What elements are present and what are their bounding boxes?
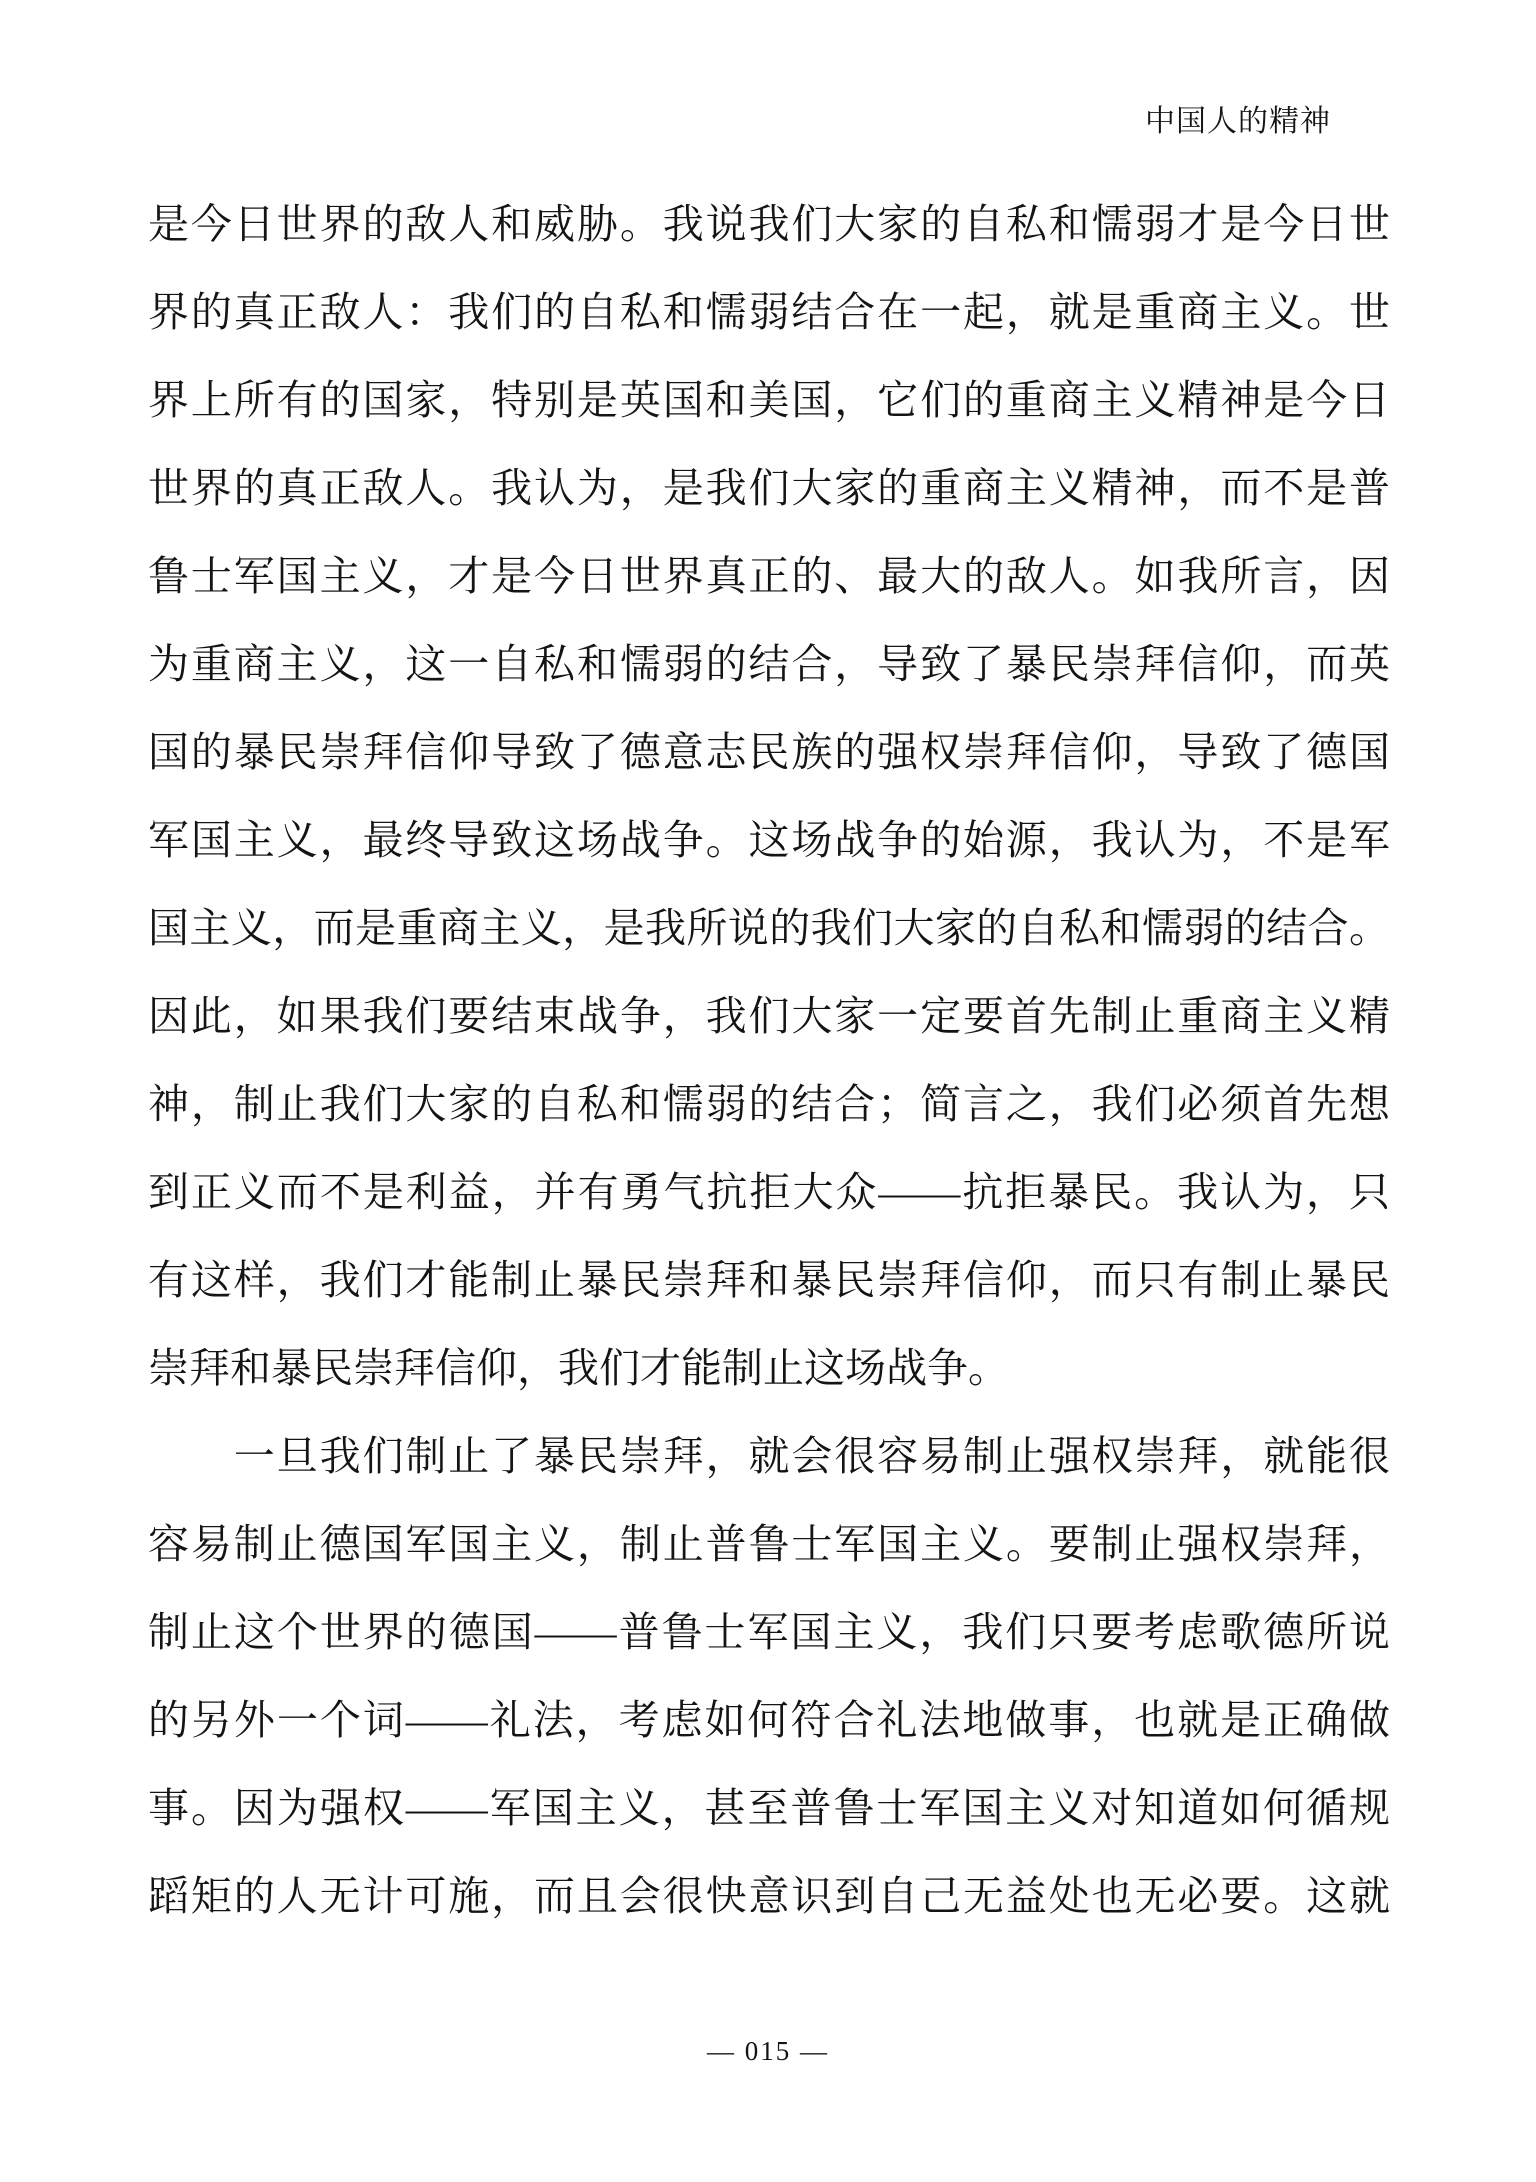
text-line: 界上所有的国家，特别是英国和美国，它们的重商主义精神是今日 bbox=[148, 356, 1390, 444]
text-line: 鲁士军国主义，才是今日世界真正的、最大的敌人。如我所言，因 bbox=[148, 532, 1390, 620]
text-line: 一旦我们制止了暴民崇拜，就会很容易制止强权崇拜，就能很 bbox=[148, 1412, 1390, 1500]
text-line: 国的暴民崇拜信仰导致了德意志民族的强权崇拜信仰，导致了德国 bbox=[148, 708, 1390, 796]
text-line: 的另外一个词——礼法，考虑如何符合礼法地做事，也就是正确做 bbox=[148, 1676, 1390, 1764]
text-line: 是今日世界的敌人和威胁。我说我们大家的自私和懦弱才是今日世 bbox=[148, 180, 1390, 268]
text-line: 为重商主义，这一自私和懦弱的结合，导致了暴民崇拜信仰，而英 bbox=[148, 620, 1390, 708]
running-header-title: 中国人的精神 bbox=[1145, 96, 1331, 140]
text-line: 事。因为强权——军国主义，甚至普鲁士军国主义对知道如何循规 bbox=[148, 1764, 1390, 1852]
text-line: 崇拜和暴民崇拜信仰，我们才能制止这场战争。 bbox=[148, 1324, 1390, 1412]
text-line: 世界的真正敌人。我认为，是我们大家的重商主义精神，而不是普 bbox=[148, 444, 1390, 532]
text-block: 是今日世界的敌人和威胁。我说我们大家的自私和懦弱才是今日世界的真正敌人：我们的自… bbox=[148, 180, 1390, 1940]
text-line: 容易制止德国军国主义，制止普鲁士军国主义。要制止强权崇拜， bbox=[148, 1500, 1390, 1588]
text-line: 因此，如果我们要结束战争，我们大家一定要首先制止重商主义精 bbox=[148, 972, 1390, 1060]
text-line: 制止这个世界的德国——普鲁士军国主义，我们只要考虑歌德所说 bbox=[148, 1588, 1390, 1676]
text-line: 有这样，我们才能制止暴民崇拜和暴民崇拜信仰，而只有制止暴民 bbox=[148, 1236, 1390, 1324]
book-page: 中国人的精神 是今日世界的敌人和威胁。我说我们大家的自私和懦弱才是今日世界的真正… bbox=[0, 0, 1536, 2182]
footer-page-number: — 015 — bbox=[0, 2036, 1536, 2067]
text-line: 蹈矩的人无计可施，而且会很快意识到自己无益处也无必要。这就 bbox=[148, 1852, 1390, 1940]
text-line: 到正义而不是利益，并有勇气抗拒大众——抗拒暴民。我认为，只 bbox=[148, 1148, 1390, 1236]
text-line: 神，制止我们大家的自私和懦弱的结合；简言之，我们必须首先想 bbox=[148, 1060, 1390, 1148]
text-line: 界的真正敌人：我们的自私和懦弱结合在一起，就是重商主义。世 bbox=[148, 268, 1390, 356]
text-line: 国主义，而是重商主义，是我所说的我们大家的自私和懦弱的结合。 bbox=[148, 884, 1390, 972]
text-line: 军国主义，最终导致这场战争。这场战争的始源，我认为，不是军 bbox=[148, 796, 1390, 884]
